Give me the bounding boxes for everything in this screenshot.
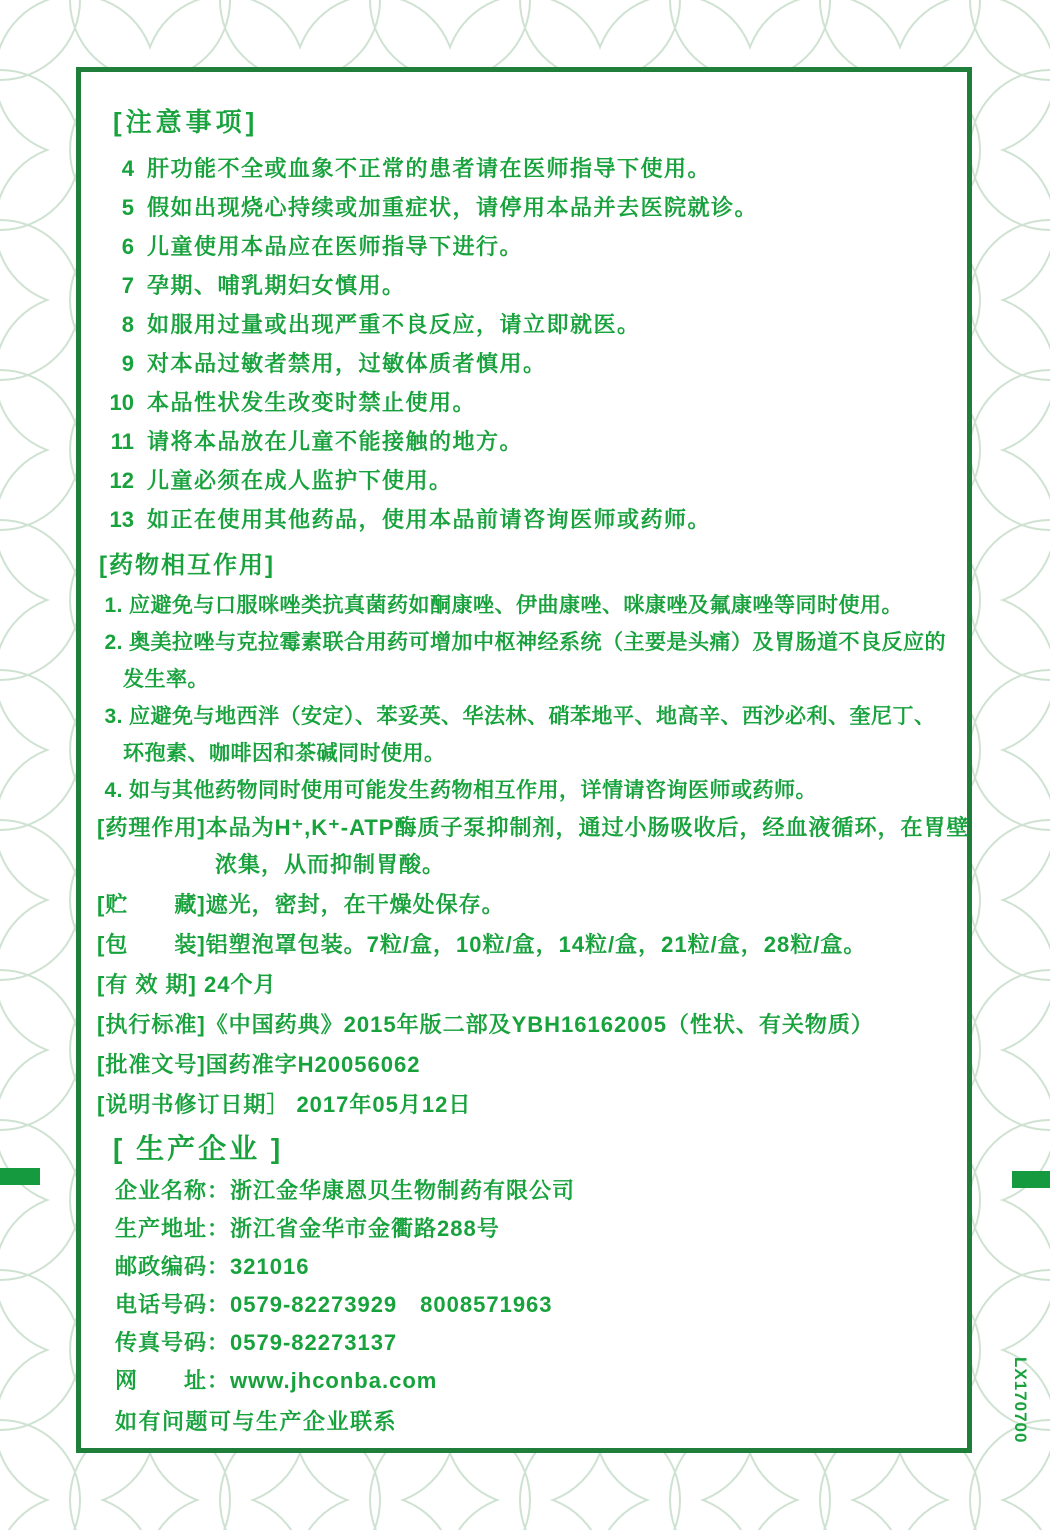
row-value: 0579-82273929 8008571963 [230,1292,553,1317]
item-number: 9 [97,350,134,377]
item-number: 2. [97,629,123,657]
item-text: 如与其他药物同时使用可能发生药物相互作用，详情请咨询医师或药师。 [129,777,817,805]
item-number: 11 [97,428,134,455]
field-value: 《中国药典》2015年版二部及YBH16162005（性状、有关物质） [206,1012,874,1037]
item-number: 7 [97,272,134,299]
item-text: 应避免与口服咪唑类抗真菌药如酮康唑、伊曲康唑、咪康唑及氟康唑等同时使用。 [129,592,903,620]
field-value: 铝塑泡罩包装。7粒/盒，10粒/盒，14粒/盒，21粒/盒，28粒/盒。 [206,932,867,957]
item-number: 8 [97,311,134,338]
item-number: 4. [97,777,123,805]
field-revision-date: [说明书修订日期］ 2017年05月12日 [97,1091,949,1119]
item-text: 假如出现烧心持续或加重症状，请停用本品并去医院就诊。 [147,194,758,221]
row-label: 企业名称： [115,1178,230,1203]
row-value: 321016 [230,1254,309,1279]
row-value: 0579-82273137 [230,1330,397,1355]
precaution-item: 12儿童必须在成人监护下使用。 [97,467,949,494]
interactions-list: 1. 应避免与口服咪唑类抗真菌药如酮康唑、伊曲康唑、咪康唑及氟康唑等同时使用。 … [97,592,949,805]
precaution-item: 4肝功能不全或血象不正常的患者请在医师指导下使用。 [97,155,949,182]
item-text: 对本品过敏者禁用，过敏体质者慎用。 [147,350,547,377]
field-approval-number: [批准文号]国药准字H20056062 [97,1051,949,1079]
interaction-item: 4. 如与其他药物同时使用可能发生药物相互作用，详情请咨询医师或药师。 [97,777,949,805]
field-label: [批准文号] [97,1052,206,1077]
field-label: [有 效 期] [97,972,197,997]
interactions-title: [药物相互作用] [99,545,949,580]
field-value: 遮光，密封，在干燥处保存。 [206,892,505,917]
precaution-item: 9对本品过敏者禁用，过敏体质者慎用。 [97,350,949,377]
manufacturer-title: [ 生产企业 ] [113,1127,949,1167]
field-label: [说明书修订日期］ [97,1092,289,1117]
precautions-title: [注意事项] [113,102,949,139]
item-text: 儿童使用本品应在医师指导下进行。 [147,233,523,260]
item-text-continuation: 发生率。 [123,666,946,694]
field-label: [包 装] [97,932,206,957]
item-text: 奥美拉唑与克拉霉素联合用药可增加中枢神经系统（主要是头痛）及胃肠道不良反应的 发… [129,629,946,694]
item-text: 应避免与地西泮（安定）、苯妥英、华法林、硝苯地平、地高辛、西沙必利、奎尼丁、 环… [129,703,936,768]
interaction-item: 1. 应避免与口服咪唑类抗真菌药如酮康唑、伊曲康唑、咪康唑及氟康唑等同时使用。 [97,592,949,620]
manufacturer-postcode-row: 邮政编码：321016 [97,1253,949,1281]
field-label: [药理作用] [97,815,206,840]
field-shelf-life: [有 效 期] 24个月 [97,971,949,999]
field-value: 国药准字H20056062 [206,1052,421,1077]
item-text: 如服用过量或出现严重不良反应，请立即就医。 [147,311,641,338]
interaction-item: 3. 应避免与地西泮（安定）、苯妥英、华法林、硝苯地平、地高辛、西沙必利、奎尼丁… [97,703,949,768]
item-text: 儿童必须在成人监护下使用。 [147,467,453,494]
interaction-item: 2. 奥美拉唑与克拉霉素联合用药可增加中枢神经系统（主要是头痛）及胃肠道不良反应… [97,629,949,694]
manufacturer-phone-row: 电话号码：0579-82273929 8008571963 [97,1291,949,1319]
row-label: 网 址： [115,1368,230,1393]
field-label: [执行标准] [97,1012,206,1037]
item-number: 3. [97,703,123,731]
precaution-item: 5假如出现烧心持续或加重症状，请停用本品并去医院就诊。 [97,194,949,221]
field-standard: [执行标准]《中国药典》2015年版二部及YBH16162005（性状、有关物质… [97,1011,949,1039]
field-value: 24个月 [197,972,277,997]
manufacturer-website-row: 网 址：www.jhconba.com [97,1367,949,1395]
precautions-list: 4肝功能不全或血象不正常的患者请在医师指导下使用。 5假如出现烧心持续或加重症状… [97,155,949,533]
item-text: 本品性状发生改变时禁止使用。 [147,389,476,416]
item-number: 12 [97,467,134,494]
contact-note: 如有问题可与生产企业联系 [97,1405,949,1436]
item-text: 肝功能不全或血象不正常的患者请在医师指导下使用。 [147,155,711,182]
row-label: 电话号码： [115,1292,230,1317]
item-number: 6 [97,233,134,260]
precaution-item: 8如服用过量或出现严重不良反应，请立即就医。 [97,311,949,338]
field-pharmacology: [药理作用]本品为H⁺,K⁺-ATP酶质子泵抑制剂，通过小肠吸收后，经血液循环，… [97,814,949,879]
item-number: 13 [97,506,134,533]
precaution-item: 10本品性状发生改变时禁止使用。 [97,389,949,416]
row-label: 邮政编码： [115,1254,230,1279]
item-text: 请将本品放在儿童不能接触的地方。 [147,428,523,455]
item-text-continuation: 环孢素、咖啡因和茶碱同时使用。 [123,740,936,768]
print-mark-left [0,1168,40,1185]
item-number: 10 [97,389,134,416]
item-text: 孕期、哺乳期妇女慎用。 [147,272,406,299]
field-packaging: [包 装]铝塑泡罩包装。7粒/盒，10粒/盒，14粒/盒，21粒/盒，28粒/盒… [97,931,949,959]
batch-code: LX170700 [1010,1357,1030,1443]
print-mark-right [1012,1171,1050,1188]
precaution-item: 13如正在使用其他药品，使用本品前请咨询医师或药师。 [97,506,949,533]
field-storage: [贮 藏]遮光，密封，在干燥处保存。 [97,891,949,919]
fields-list: [药理作用]本品为H⁺,K⁺-ATP酶质子泵抑制剂，通过小肠吸收后，经血液循环，… [97,814,949,1119]
field-value: 2017年05月12日 [289,1092,471,1117]
field-label: [贮 藏] [97,892,206,917]
manufacturer-address-row: 生产地址：浙江省金华市金衢路288号 [97,1215,949,1243]
item-number: 1. [97,592,123,620]
row-label: 生产地址： [115,1216,230,1241]
row-value: www.jhconba.com [230,1368,437,1393]
precaution-item: 11请将本品放在儿童不能接触的地方。 [97,428,949,455]
precaution-item: 6儿童使用本品应在医师指导下进行。 [97,233,949,260]
manufacturer-list: 企业名称：浙江金华康恩贝生物制药有限公司 生产地址：浙江省金华市金衢路288号 … [97,1177,949,1395]
row-value: 浙江省金华市金衢路288号 [230,1216,500,1241]
item-text: 如正在使用其他药品，使用本品前请咨询医师或药师。 [147,506,711,533]
item-number: 4 [97,155,134,182]
row-value: 浙江金华康恩贝生物制药有限公司 [230,1178,575,1203]
manufacturer-name-row: 企业名称：浙江金华康恩贝生物制药有限公司 [97,1177,949,1205]
field-value: 本品为H⁺,K⁺-ATP酶质子泵抑制剂，通过小肠吸收后，经血液循环，在胃壁 [206,815,970,840]
field-value-continuation: 浓集，从而抑制胃酸。 [97,851,949,879]
leaflet-content-box: [注意事项] 4肝功能不全或血象不正常的患者请在医师指导下使用。 5假如出现烧心… [76,67,972,1453]
item-number: 5 [97,194,134,221]
row-label: 传真号码： [115,1330,230,1355]
precaution-item: 7孕期、哺乳期妇女慎用。 [97,272,949,299]
manufacturer-fax-row: 传真号码：0579-82273137 [97,1329,949,1357]
